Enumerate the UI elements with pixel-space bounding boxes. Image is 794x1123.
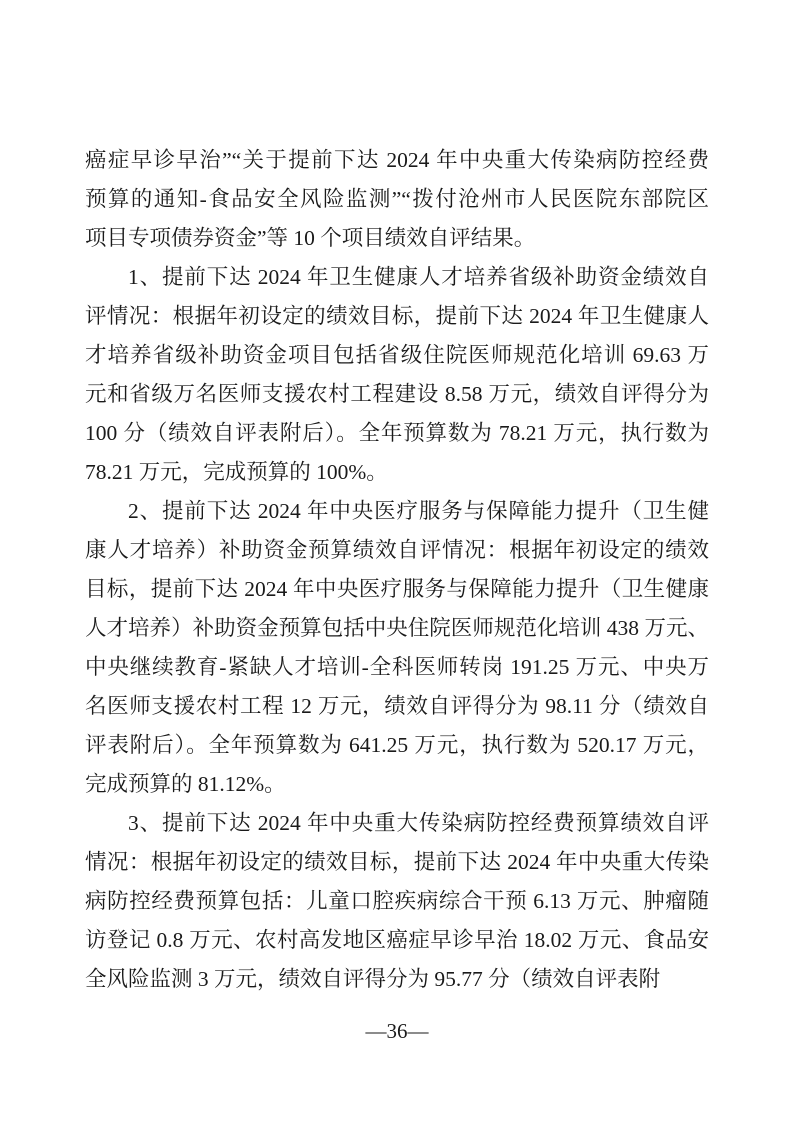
text-line: 病防控经费预算包括：儿童口腔疾病综合干预 6.13 万元、肿瘤随 xyxy=(85,882,709,921)
text-line: 78.21 万元，完成预算的 100%。 xyxy=(85,453,709,492)
text-line: 1、提前下达 2024 年卫生健康人才培养省级补助资金绩效自 xyxy=(85,258,709,297)
text-line: 项目专项债券资金”等 10 个项目绩效自评结果。 xyxy=(85,219,709,258)
text-line: 2、提前下达 2024 年中央医疗服务与保障能力提升（卫生健 xyxy=(85,492,709,531)
text-line: 评情况：根据年初设定的绩效目标，提前下达 2024 年卫生健康人 xyxy=(85,297,709,336)
text-line: 预算的通知-食品安全风险监测”“拨付沧州市人民医院东部院区 xyxy=(85,180,709,219)
text-line: 癌症早诊早治”“关于提前下达 2024 年中央重大传染病防控经费 xyxy=(85,141,709,180)
text-body: 癌症早诊早治”“关于提前下达 2024 年中央重大传染病防控经费预算的通知-食品… xyxy=(85,141,709,999)
text-line: 全风险监测 3 万元，绩效自评得分为 95.77 分（绩效自评表附后）。 xyxy=(85,960,709,999)
page-number: —36— xyxy=(366,1019,429,1043)
footer: —36— xyxy=(0,1016,794,1046)
text-line: 目标，提前下达 2024 年中央医疗服务与保障能力提升（卫生健康 xyxy=(85,570,709,609)
text-line: 3、提前下达 2024 年中央重大传染病防控经费预算绩效自评 xyxy=(85,804,709,843)
text-line: 中央继续教育-紧缺人才培训-全科医师转岗 191.25 万元、中央万 xyxy=(85,648,709,687)
document-page: 癌症早诊早治”“关于提前下达 2024 年中央重大传染病防控经费预算的通知-食品… xyxy=(0,0,794,1123)
text-line: 情况：根据年初设定的绩效目标，提前下达 2024 年中央重大传染 xyxy=(85,843,709,882)
text-line: 人才培养）补助资金预算包括中央住院医师规范化培训 438 万元、 xyxy=(85,609,709,648)
text-line: 访登记 0.8 万元、农村高发地区癌症早诊早治 18.02 万元、食品安 xyxy=(85,921,709,960)
text-line: 才培养省级补助资金项目包括省级住院医师规范化培训 69.63 万 xyxy=(85,336,709,375)
text-line: 100 分（绩效自评表附后）。全年预算数为 78.21 万元，执行数为 xyxy=(85,414,709,453)
text-line: 完成预算的 81.12%。 xyxy=(85,765,709,804)
text-line: 名医师支援农村工程 12 万元，绩效自评得分为 98.11 分（绩效自 xyxy=(85,687,709,726)
text-line: 元和省级万名医师支援农村工程建设 8.58 万元，绩效自评得分为 xyxy=(85,375,709,414)
text-line: 康人才培养）补助资金预算绩效自评情况：根据年初设定的绩效 xyxy=(85,531,709,570)
text-line: 评表附后）。全年预算数为 641.25 万元，执行数为 520.17 万元， xyxy=(85,726,709,765)
